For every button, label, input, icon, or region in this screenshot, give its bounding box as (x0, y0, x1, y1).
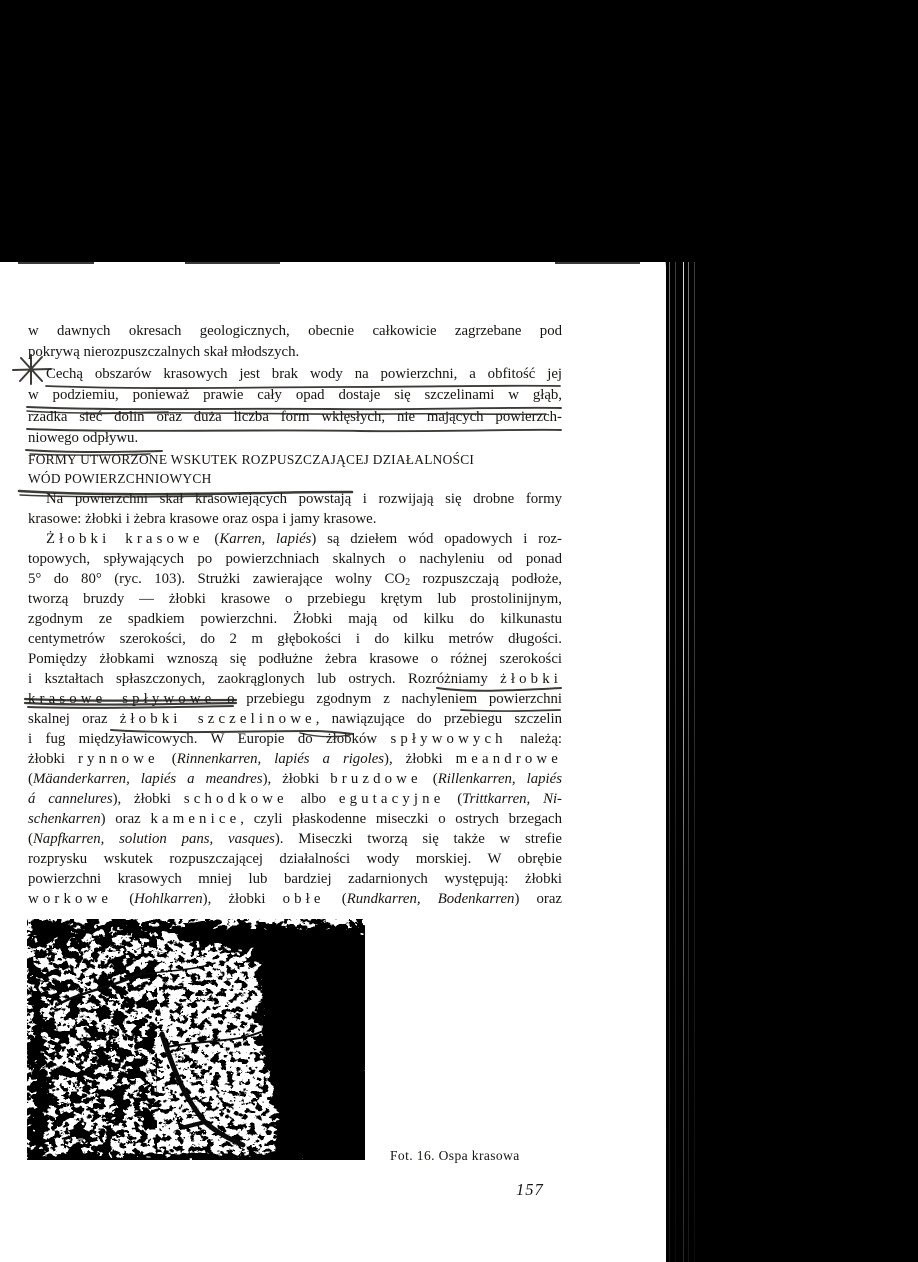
text-line: krasowe: żłobki i żebra krasowe oraz osp… (28, 509, 562, 529)
scan-edge-fragment (18, 262, 94, 264)
text-line: skalnej oraz żłobki szczelinowe, nawiązu… (28, 709, 562, 729)
text-line: schenkarren) oraz kamenice, czyli płasko… (28, 809, 562, 829)
text-line: Cechą obszarów krasowych jest brak wody … (28, 364, 562, 385)
text-line: workowe (Hohlkarren), żłobki obłe (Rundk… (28, 889, 562, 909)
text-line: niowego odpływu. (28, 428, 562, 449)
text-line: FORMY UTWORZONE WSKUTEK ROZPUSZCZAJĄCEJ … (28, 450, 562, 469)
body-text-paragraph-1: Na powierzchni skał krasowiejących powst… (28, 489, 562, 529)
text-line: i kształtach spłaszczonych, zaokrąglonyc… (28, 669, 562, 689)
karst-photo-figure (27, 919, 365, 1160)
text-line: i fug międzyławicowych. W Europie do żło… (28, 729, 562, 749)
karst-photo (27, 919, 365, 1160)
body-text-paragraph-2: Żłobki krasowe (Karren, lapiés) są dzieł… (28, 529, 562, 909)
text-line: WÓD POWIERZCHNIOWYCH (28, 469, 562, 488)
text-line: topowych, spływających po powierzchniach… (28, 549, 562, 569)
text-line: (Mäanderkarren, lapiés a meandres), żłob… (28, 769, 562, 789)
page-number: 157 (516, 1180, 544, 1200)
text-line: rzadka sieć dolin oraz duża liczba form … (28, 407, 562, 428)
figure-caption: Fot. 16. Ospa krasowa (390, 1148, 520, 1164)
text-line: w podziemiu, ponieważ prawie cały opad d… (28, 385, 562, 406)
text-line: centymetrów szerokości, do 2 m głębokośc… (28, 629, 562, 649)
text-line: Żłobki krasowe (Karren, lapiés) są dzieł… (28, 529, 562, 549)
book-page-edge-streaks (664, 262, 702, 1262)
scanned-book-page: { "page": { "page_number": "157", "figur… (0, 0, 918, 1262)
text-line: rozprysku wskutek rozpuszczającej działa… (28, 849, 562, 869)
text-line: krasowe spływowe o przebiegu zgodnym z n… (28, 689, 562, 709)
text-line: pokrywą nierozpuszczalnych skał młodszyc… (28, 342, 562, 363)
text-line: powierzchni krasowych mniej lub bardziej… (28, 869, 562, 889)
section-heading: FORMY UTWORZONE WSKUTEK ROZPUSZCZAJĄCEJ … (28, 450, 562, 488)
text-line: w dawnych okresach geologicznych, obecni… (28, 321, 562, 342)
body-text-intro: w dawnych okresach geologicznych, obecni… (28, 321, 562, 449)
text-line: á cannelures), żłobki schodkowe albo egu… (28, 789, 562, 809)
text-line: tworzą bruzdy — żłobki krasowe o przebie… (28, 589, 562, 609)
scan-edge-fragment (185, 262, 280, 264)
text-line: 5° do 80° (ryc. 103). Strużki zawierając… (28, 569, 562, 589)
text-line: Pomiędzy żłobkami wznoszą się podłużne ż… (28, 649, 562, 669)
text-line: (Napfkarren, solution pans, vasques). Mi… (28, 829, 562, 849)
text-line: żłobki rynnowe (Rinnenkarren, lapiés a r… (28, 749, 562, 769)
scan-edge-fragment (555, 262, 640, 264)
scan-black-top-band (0, 0, 918, 262)
text-line: zgodnym ze spadkiem powierzchni. Żłobki … (28, 609, 562, 629)
text-line: Na powierzchni skał krasowiejących powst… (28, 489, 562, 509)
